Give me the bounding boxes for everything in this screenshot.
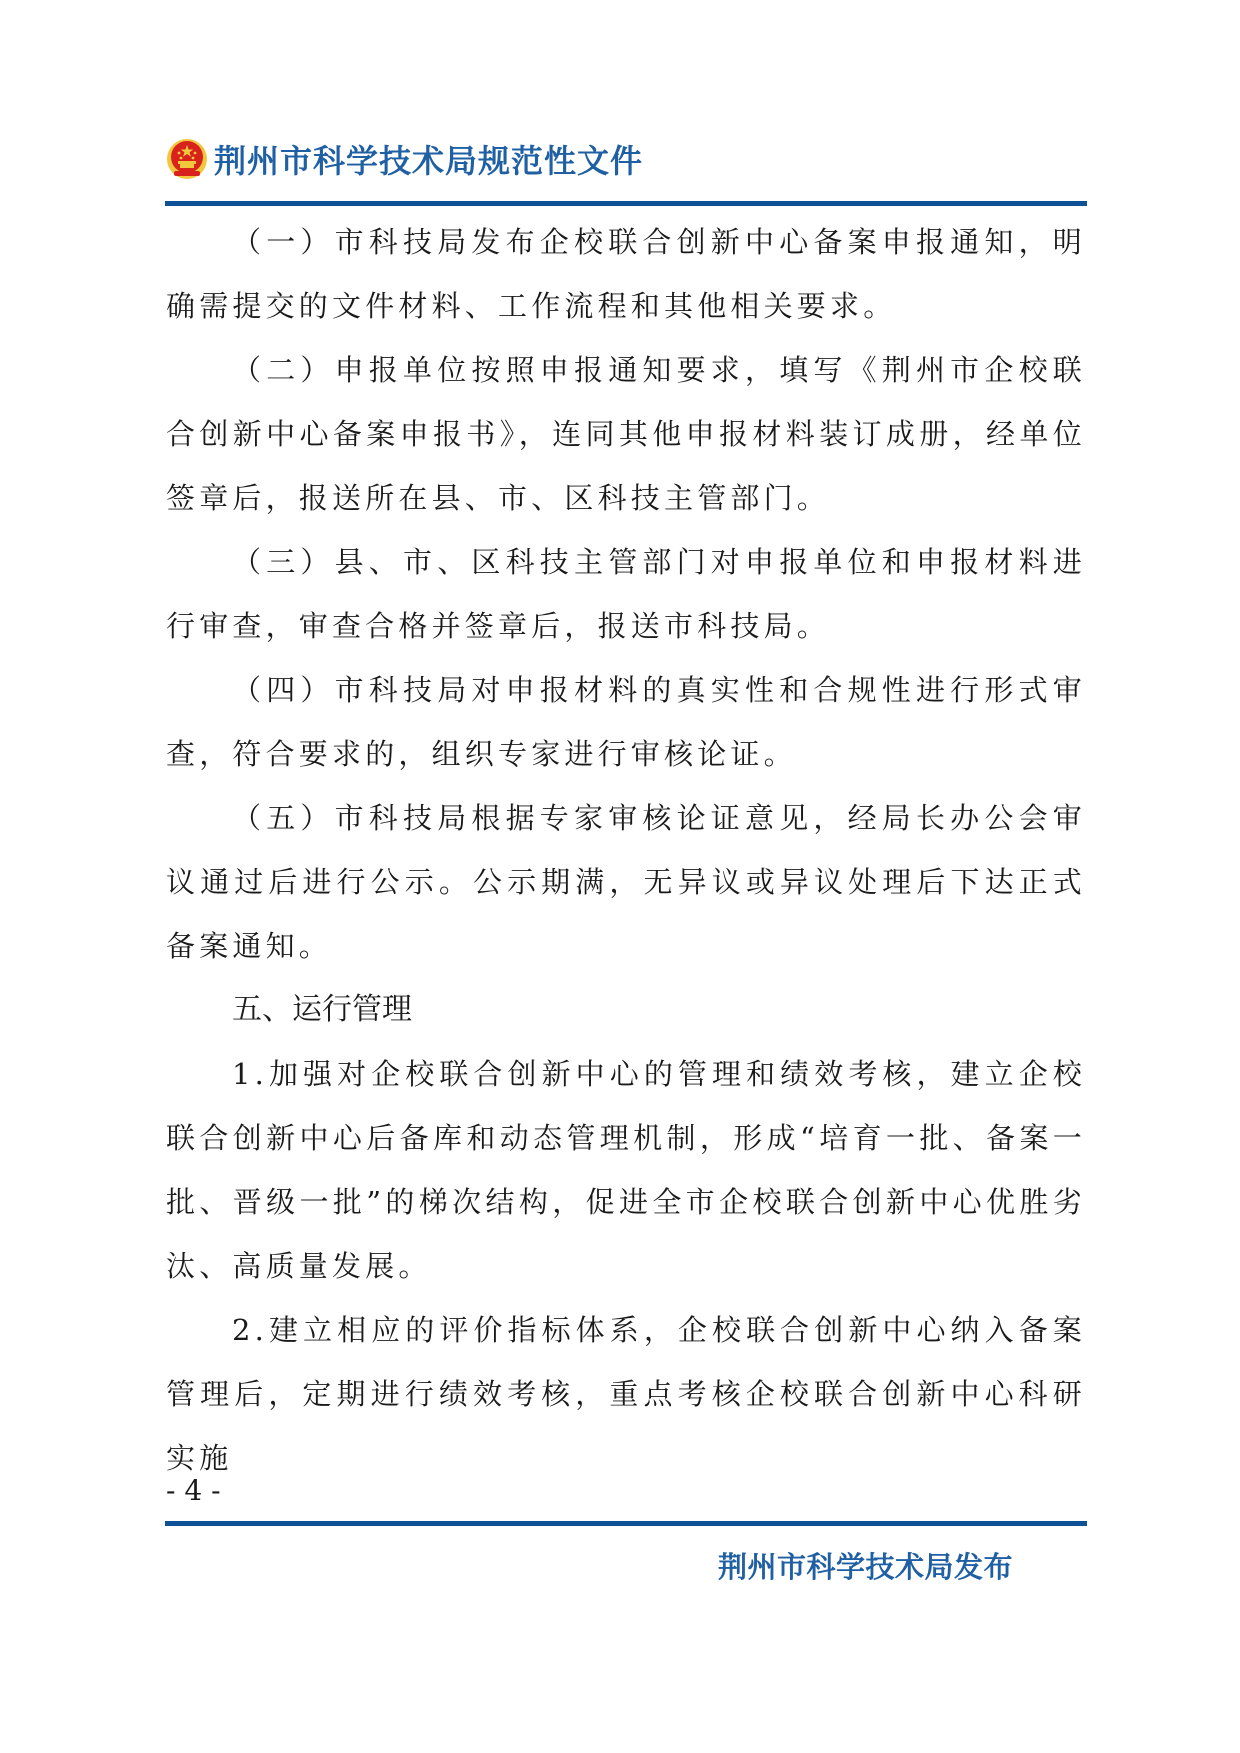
document-header: 荆州市科学技术局规范性文件	[166, 136, 643, 182]
document-body: （一）市科技局发布企校联合创新中心备案申报通知，明确需提交的文件材料、工作流程和…	[166, 210, 1086, 1490]
paragraph: （五）市科技局根据专家审核论证意见，经局长办公会审议通过后进行公示。公示期满，无…	[166, 786, 1086, 978]
paragraph: （二）申报单位按照申报通知要求，填写《荆州市企校联合创新中心备案申报书》，连同其…	[166, 338, 1086, 530]
page-number: - 4 -	[166, 1474, 221, 1507]
footer-divider	[165, 1521, 1087, 1526]
paragraph: （四）市科技局对申报材料的真实性和合规性进行形式审查，符合要求的，组织专家进行审…	[166, 658, 1086, 786]
paragraph: （三）县、市、区科技主管部门对申报单位和申报材料进行审查，审查合格并签章后，报送…	[166, 530, 1086, 658]
header-divider	[165, 201, 1087, 206]
header-title: 荆州市科学技术局规范性文件	[214, 136, 643, 182]
section-heading: 五、运行管理	[166, 978, 1086, 1042]
national-emblem-icon	[166, 138, 208, 180]
paragraph: 1.加强对企校联合创新中心的管理和绩效考核，建立企校联合创新中心后备库和动态管理…	[166, 1042, 1086, 1298]
paragraph: （一）市科技局发布企校联合创新中心备案申报通知，明确需提交的文件材料、工作流程和…	[166, 210, 1086, 338]
paragraph: 2.建立相应的评价指标体系，企校联合创新中心纳入备案管理后，定期进行绩效考核，重…	[166, 1298, 1086, 1490]
footer-publisher: 荆州市科学技术局发布	[718, 1545, 1013, 1586]
